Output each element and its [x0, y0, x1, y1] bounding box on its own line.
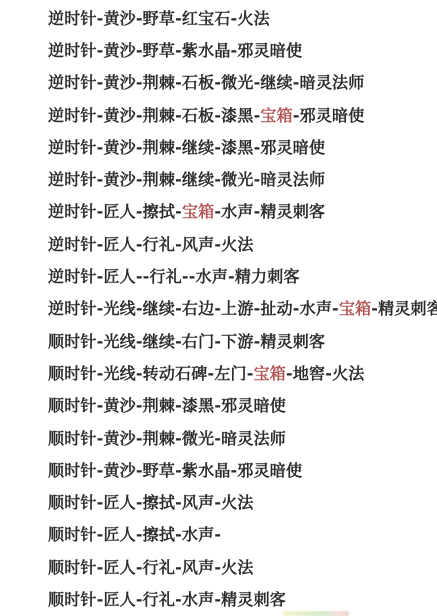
route-line: 逆时针-黄沙-荆棘-石板-微光-继续-暗灵法师 [0, 66, 437, 98]
route-text-segment: 顺时针-黄沙-荆棘-漆黑-邪灵暗使 [48, 393, 286, 416]
route-text-segment: -水声-精灵刺客 [214, 199, 325, 222]
route-line: 逆时针-匠人-擦拭-宝箱-水声-精灵刺客 [0, 195, 437, 227]
cropped-image-edge [283, 611, 349, 616]
route-text-segment: 顺时针-匠人-擦拭-水声- [48, 522, 221, 545]
route-text-segment: -地窖-火法 [286, 361, 364, 384]
route-text-segment: -精灵刺客 [371, 296, 437, 319]
route-text-segment: 逆时针-黄沙-荆棘-石板-漆黑- [48, 103, 260, 126]
route-line: 顺时针-黄沙-荆棘-微光-暗灵法师 [0, 421, 437, 453]
route-line: 顺时针-匠人-行礼-风声-火法 [0, 550, 437, 582]
route-text-segment: 逆时针-黄沙-野草-紫水晶-邪灵暗使 [48, 38, 302, 61]
document-page: 逆时针-黄沙-野草-红宝石-火法逆时针-黄沙-野草-紫水晶-邪灵暗使逆时针-黄沙… [0, 0, 437, 616]
route-text-segment: 顺时针-匠人-擦拭-风声-火法 [48, 490, 254, 513]
treasure-chest-highlight: 宝箱 [254, 361, 286, 384]
route-text-segment: 顺时针-光线-继续-右门-下游-精灵刺客 [48, 329, 325, 352]
route-line: 顺时针-光线-转动石碑-左门-宝箱-地窖-火法 [0, 356, 437, 388]
treasure-chest-highlight: 宝箱 [339, 296, 371, 319]
route-text-segment: 顺时针-黄沙-荆棘-微光-暗灵法师 [48, 426, 286, 449]
route-line: 逆时针-黄沙-荆棘-继续-漆黑-邪灵暗使 [0, 130, 437, 162]
route-text-segment: 逆时针-黄沙-荆棘-继续-漆黑-邪灵暗使 [48, 135, 325, 158]
route-text-segment: 逆时针-黄沙-荆棘-继续-微光-暗灵法师 [48, 167, 325, 190]
route-text-segment: 逆时针-匠人-行礼-风声-火法 [48, 232, 254, 255]
route-line: 顺时针-匠人-行礼-水声-精灵刺客 [0, 582, 437, 614]
route-text-segment: 逆时针-匠人--行礼--水声-精力刺客 [48, 264, 300, 287]
treasure-chest-highlight: 宝箱 [182, 199, 214, 222]
route-list: 逆时针-黄沙-野草-红宝石-火法逆时针-黄沙-野草-紫水晶-邪灵暗使逆时针-黄沙… [0, 1, 437, 615]
route-text-segment: 顺时针-光线-转动石碑-左门- [48, 361, 254, 384]
route-line: 逆时针-黄沙-荆棘-继续-微光-暗灵法师 [0, 162, 437, 194]
route-line: 顺时针-匠人-擦拭-水声- [0, 518, 437, 550]
route-line: 逆时针-匠人-行礼-风声-火法 [0, 227, 437, 259]
treasure-chest-highlight: 宝箱 [260, 103, 292, 126]
route-line: 顺时针-黄沙-野草-紫水晶-邪灵暗使 [0, 453, 437, 485]
route-line: 顺时针-匠人-擦拭-风声-火法 [0, 485, 437, 517]
route-text-segment: 顺时针-匠人-行礼-风声-火法 [48, 555, 254, 578]
route-text-segment: 顺时针-黄沙-野草-紫水晶-邪灵暗使 [48, 458, 302, 481]
route-text-segment: 逆时针-光线-继续-右边-上游-扯动-水声- [48, 296, 339, 319]
route-line: 逆时针-黄沙-野草-紫水晶-邪灵暗使 [0, 33, 437, 65]
route-text-segment: 逆时针-黄沙-野草-红宝石-火法 [48, 6, 270, 29]
route-line: 顺时针-黄沙-荆棘-漆黑-邪灵暗使 [0, 389, 437, 421]
route-line: 逆时针-匠人--行礼--水声-精力刺客 [0, 259, 437, 291]
route-line: 逆时针-黄沙-野草-红宝石-火法 [0, 1, 437, 33]
route-text-segment: 逆时针-黄沙-荆棘-石板-微光-继续-暗灵法师 [48, 70, 364, 93]
route-line: 逆时针-光线-继续-右边-上游-扯动-水声-宝箱-精灵刺客 [0, 292, 437, 324]
route-line: 顺时针-光线-继续-右门-下游-精灵刺客 [0, 324, 437, 356]
route-text-segment: 逆时针-匠人-擦拭- [48, 199, 182, 222]
route-text-segment: 顺时针-匠人-行礼-水声-精灵刺客 [48, 587, 286, 610]
route-text-segment: -邪灵暗使 [293, 103, 365, 126]
route-line: 逆时针-黄沙-荆棘-石板-漆黑-宝箱-邪灵暗使 [0, 98, 437, 130]
